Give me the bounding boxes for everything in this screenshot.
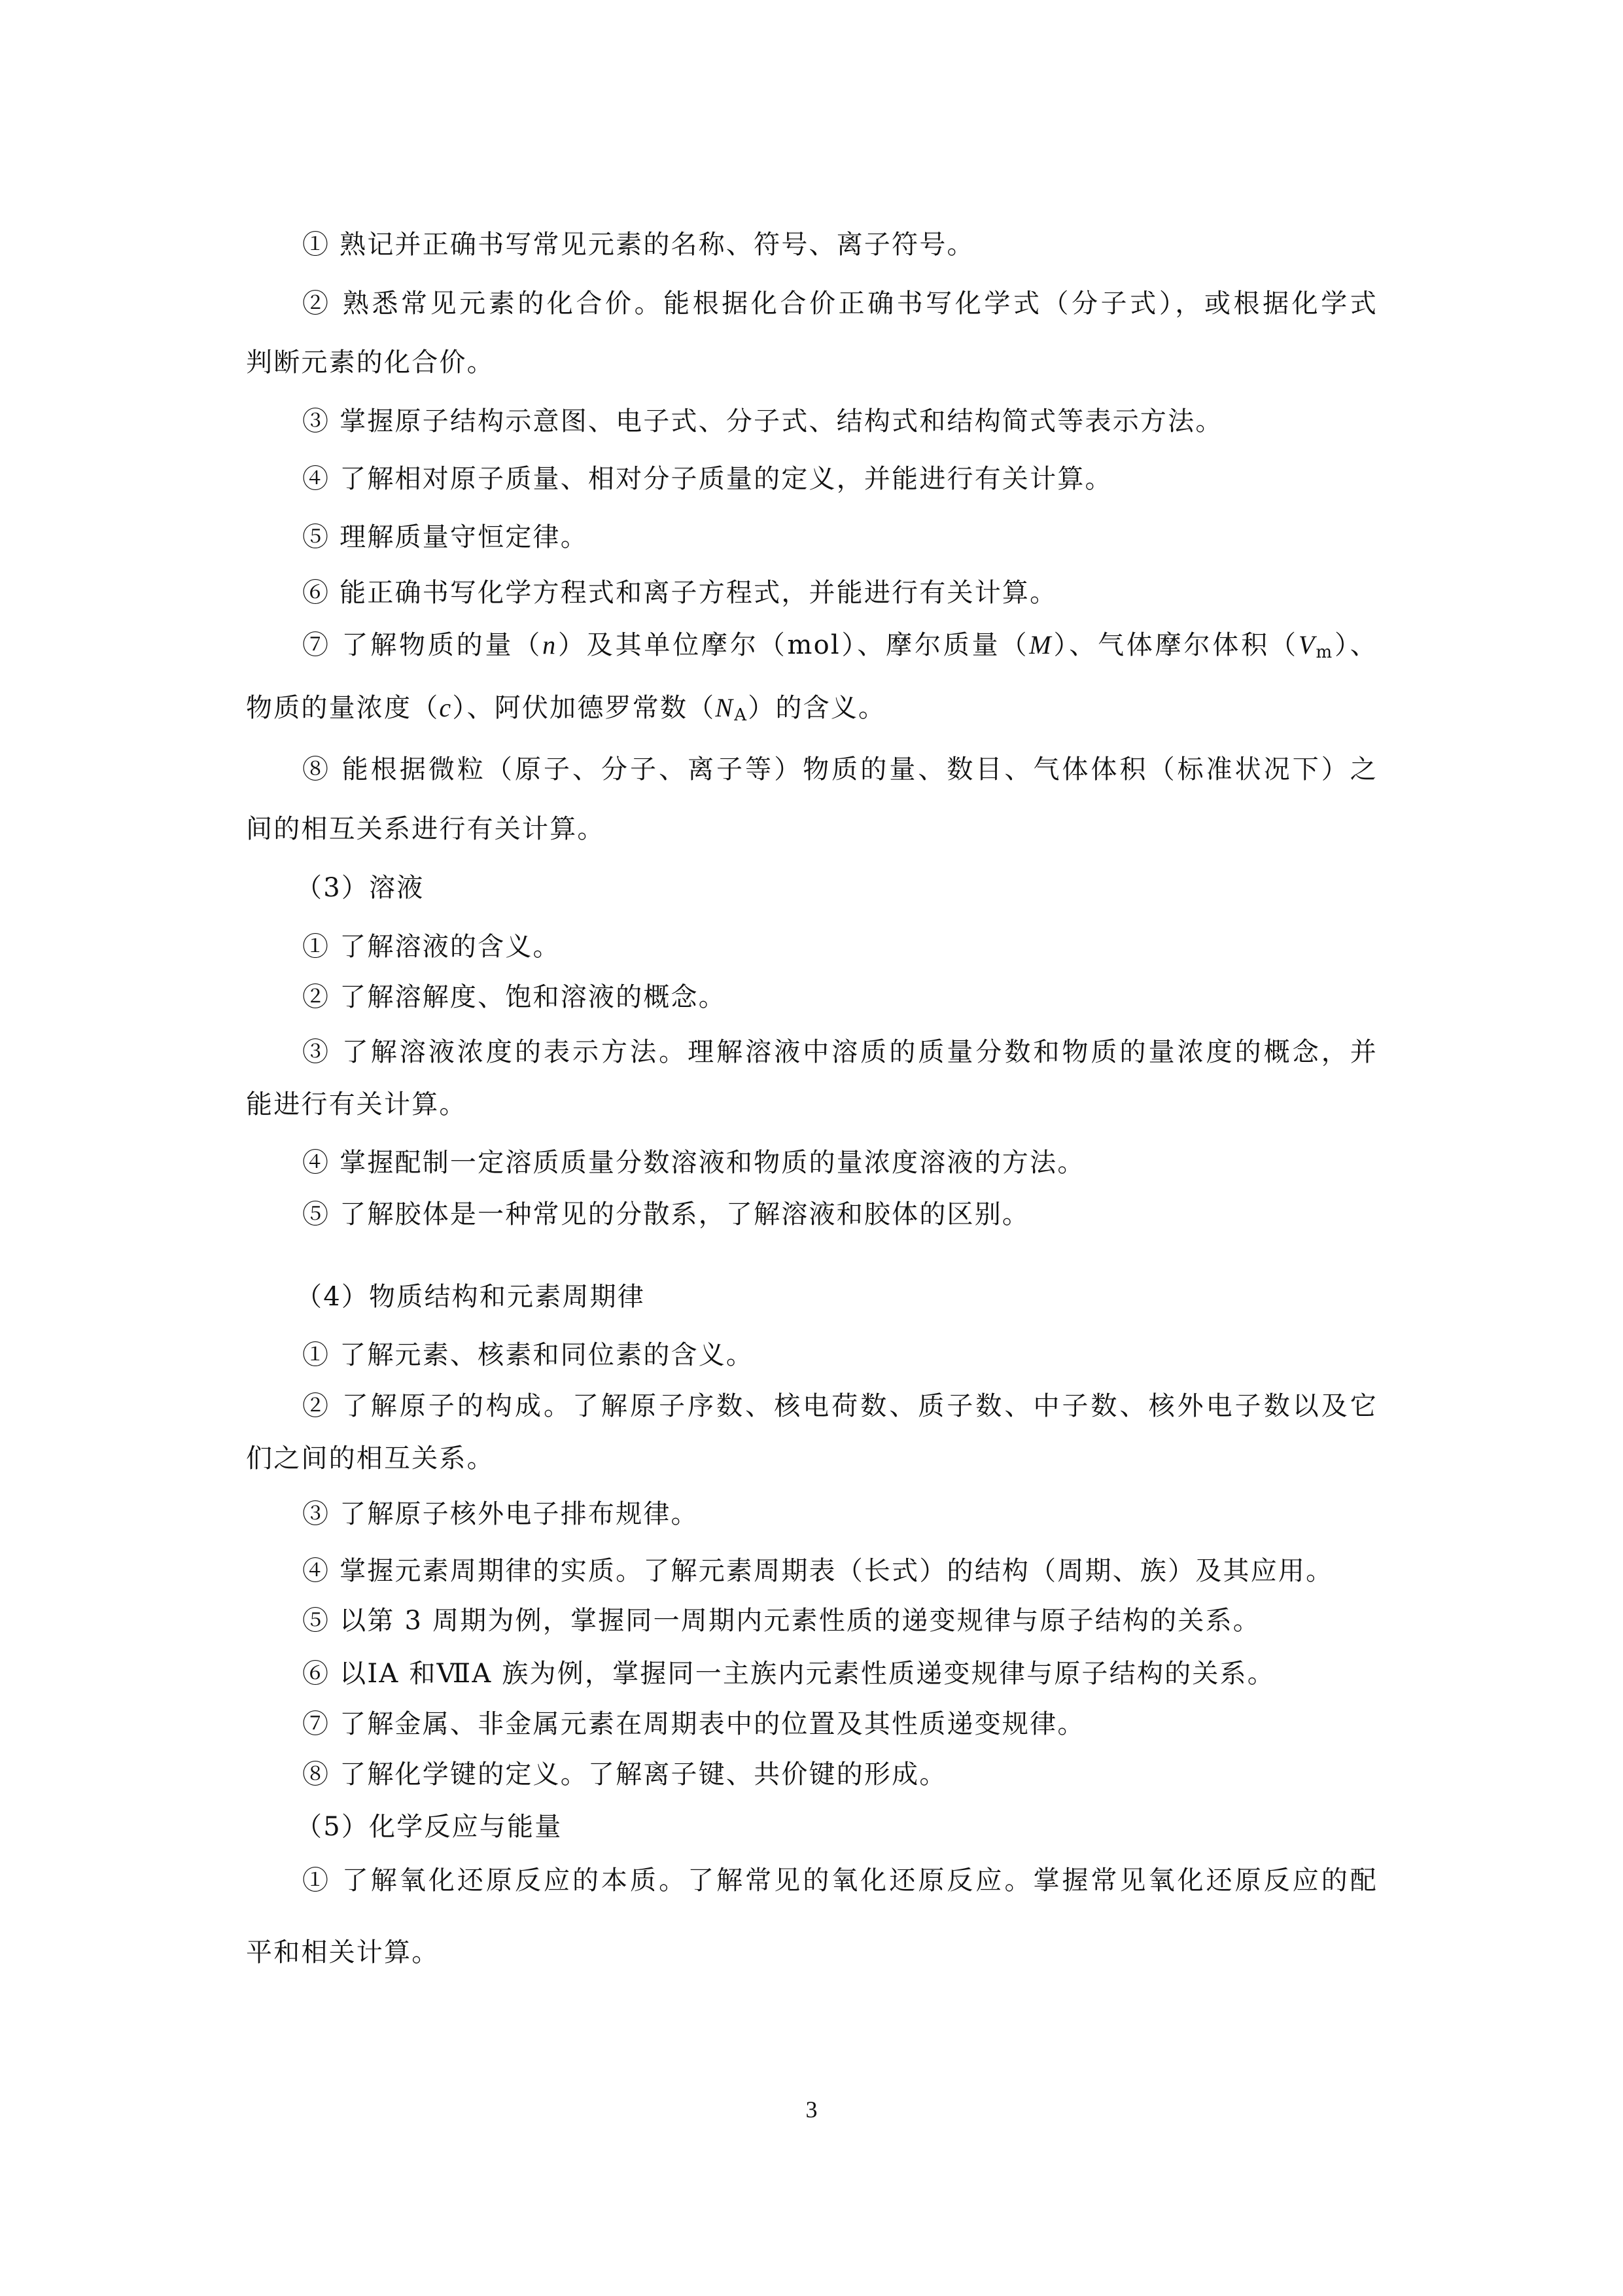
item-number: ① [302,1340,330,1370]
item-number: ⑥ [302,578,330,608]
item-number: ① [302,230,330,260]
symbol-N: N [715,693,734,722]
item-number: ④ [302,1148,330,1178]
item-number: ② [302,1391,331,1421]
item-number: ④ [302,464,330,494]
item-text: 熟悉常见元素的化合价。能根据化合价正确书写化学式（分子式），或根据化学式 [343,289,1378,319]
page-number: 3 [0,2096,1623,2123]
list-item: ② 了解溶解度、饱和溶液的概念。 [302,981,1434,1013]
list-item: ⑦ 了解物质的量（n）及其单位摩尔（mol）、摩尔质量（M）、气体摩尔体积（Vm… [302,629,1378,661]
document-page: ① 熟记并正确书写常见元素的名称、符号、离子符号。 ② 熟悉常见元素的化合价。能… [0,0,1623,2296]
item-text: 以ⅠA 和ⅦA 族为例，掌握同一主族内元素性质递变规律与原子结构的关系。 [340,1659,1275,1689]
item-text: ）、 [1333,630,1378,660]
item-text: 了解溶解度、饱和溶液的概念。 [340,982,726,1012]
item-text: ）及其单位摩尔（mol）、摩尔质量（ [557,630,1029,660]
list-item-continuation: 物质的量浓度（c）、阿伏加德罗常数（NA）的含义。 [246,692,1378,724]
item-text: 了解相对原子质量、相对分子质量的定义，并能进行有关计算。 [340,464,1113,494]
section-heading: （4）物质结构和元素周期律 [296,1281,1427,1313]
list-item: ⑤ 了解胶体是一种常见的分散系，了解溶液和胶体的区别。 [302,1199,1434,1230]
item-text: 了解原子核外电子排布规律。 [340,1499,699,1529]
item-text: 能正确书写化学方程式和离子方程式，并能进行有关计算。 [340,578,1057,608]
list-item-continuation: 平和相关计算。 [246,1937,1378,1968]
section-heading: （3）溶液 [296,872,1427,904]
item-text: 理解质量守恒定律。 [340,522,588,552]
item-number: ⑤ [302,1606,330,1636]
list-item: ⑤ 以第 3 周期为例，掌握同一周期内元素性质的递变规律与原子结构的关系。 [302,1605,1434,1636]
item-text: 了解物质的量（ [341,630,542,660]
item-text: 了解胶体是一种常见的分散系，了解溶液和胶体的区别。 [340,1199,1030,1229]
item-text: 了解氧化还原反应的本质。了解常见的氧化还原反应。掌握常见氧化还原反应的配 [342,1865,1378,1896]
item-text: ）、气体摩尔体积（ [1053,630,1299,660]
item-text: ）、阿伏加德罗常数（ [452,693,715,723]
item-number: ② [302,289,332,319]
list-item: ④ 掌握元素周期律的实质。了解元素周期表（长式）的结构（周期、族）及其应用。 [302,1555,1434,1587]
item-text: 了解溶液浓度的表示方法。理解溶液中溶质的质量分数和物质的量浓度的概念，并 [342,1037,1378,1067]
symbol-n: n [542,630,557,660]
list-item: ⑧ 了解化学键的定义。了解离子键、共价键的形成。 [302,1759,1434,1790]
list-item: ⑤ 理解质量守恒定律。 [302,521,1434,553]
item-number: ③ [302,1037,331,1067]
item-number: ④ [302,1556,330,1586]
item-text: 以第 3 周期为例，掌握同一周期内元素性质的递变规律与原子结构的关系。 [340,1606,1261,1636]
list-item: ③ 掌握原子结构示意图、电子式、分子式、结构式和结构简式等表示方法。 [302,406,1434,437]
item-number: ③ [302,1499,330,1529]
subscript-m: m [1316,643,1333,662]
list-item-continuation: 能进行有关计算。 [246,1089,1378,1120]
item-number: ① [302,1865,331,1896]
item-number: ⑥ [302,1659,330,1689]
item-text: 掌握原子结构示意图、电子式、分子式、结构式和结构简式等表示方法。 [340,406,1223,436]
list-item: ⑧ 能根据微粒（原子、分子、离子等）物质的量、数目、气体体积（标准状况下）之 [302,754,1378,785]
item-text: 了解溶液的含义。 [340,932,561,962]
item-number: ⑦ [302,630,331,660]
list-item-continuation: 们之间的相互关系。 [246,1443,1378,1474]
item-text: 了解化学键的定义。了解离子键、共价键的形成。 [340,1759,947,1790]
item-number: ⑤ [302,1199,330,1229]
section-heading: （5）化学反应与能量 [296,1811,1427,1843]
item-text: 熟记并正确书写常见元素的名称、符号、离子符号。 [340,230,975,260]
list-item: ⑥ 以ⅠA 和ⅦA 族为例，掌握同一主族内元素性质递变规律与原子结构的关系。 [302,1658,1434,1689]
list-item-continuation: 间的相互关系进行有关计算。 [246,813,1378,845]
item-number: ② [302,982,330,1012]
item-text: 掌握元素周期律的实质。了解元素周期表（长式）的结构（周期、族）及其应用。 [340,1556,1333,1586]
item-number: ① [302,932,330,962]
symbol-M: M [1029,630,1053,660]
list-item: ④ 了解相对原子质量、相对分子质量的定义，并能进行有关计算。 [302,463,1434,495]
list-item: ③ 了解原子核外电子排布规律。 [302,1498,1434,1530]
list-item: ⑥ 能正确书写化学方程式和离子方程式，并能进行有关计算。 [302,577,1434,609]
item-text: 了解金属、非金属元素在周期表中的位置及其性质递变规律。 [340,1709,1085,1739]
item-number: ⑧ [302,1759,330,1790]
list-item: ② 熟悉常见元素的化合价。能根据化合价正确书写化学式（分子式），或根据化学式 [302,288,1378,319]
list-item: ⑦ 了解金属、非金属元素在周期表中的位置及其性质递变规律。 [302,1708,1434,1740]
list-item: ① 了解溶液的含义。 [302,931,1434,963]
list-item: ② 了解原子的构成。了解原子序数、核电荷数、质子数、中子数、核外电子数以及它 [302,1390,1378,1422]
item-number: ③ [302,406,330,436]
list-item: ④ 掌握配制一定溶质质量分数溶液和物质的量浓度溶液的方法。 [302,1147,1434,1178]
list-item-continuation: 判断元素的化合价。 [246,347,1378,378]
item-text: 能根据微粒（原子、分子、离子等）物质的量、数目、气体体积（标准状况下）之 [342,754,1378,785]
symbol-V: V [1299,630,1316,660]
list-item: ① 了解元素、核素和同位素的含义。 [302,1339,1434,1371]
item-text: 了解原子的构成。了解原子序数、核电荷数、质子数、中子数、核外电子数以及它 [342,1391,1378,1421]
subscript-A: A [734,705,748,725]
item-number: ⑤ [302,522,330,552]
item-number: ⑧ [302,754,331,785]
item-text: 掌握配制一定溶质质量分数溶液和物质的量浓度溶液的方法。 [340,1148,1085,1178]
item-text: ）的含义。 [748,693,886,723]
list-item: ① 熟记并正确书写常见元素的名称、符号、离子符号。 [302,229,1434,260]
item-text: 物质的量浓度（ [246,693,439,723]
list-item: ③ 了解溶液浓度的表示方法。理解溶液中溶质的质量分数和物质的量浓度的概念，并 [302,1036,1378,1068]
item-text: 了解元素、核素和同位素的含义。 [340,1340,754,1370]
list-item: ① 了解氧化还原反应的本质。了解常见的氧化还原反应。掌握常见氧化还原反应的配 [302,1865,1378,1896]
symbol-c: c [439,693,452,722]
item-number: ⑦ [302,1709,330,1739]
